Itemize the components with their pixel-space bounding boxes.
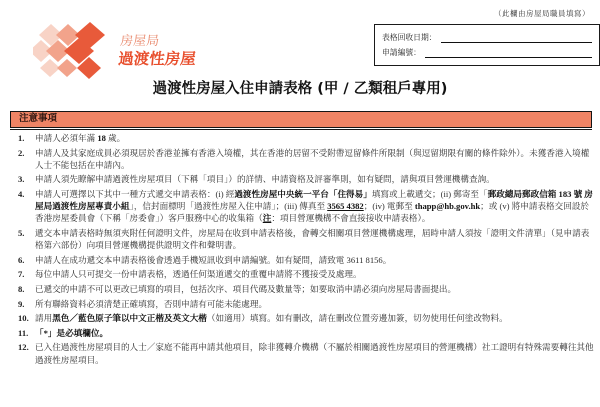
form-return-date-row: 表格回收日期： bbox=[382, 32, 592, 44]
notice-item-number: 7. bbox=[18, 268, 34, 280]
notice-item-text: 遞交本申請表格時無須夾附任何證明文件，房屋局在收到申請表格後，會轉交相關項目營運… bbox=[35, 228, 589, 250]
notice-item-text: 已遞交的申請不可以更改已填寫的項目，包括次序、項目代碼及數量等；如要取消申請必須… bbox=[35, 284, 456, 294]
notice-item-text: 已入住過渡性房屋項目的人士／家庭不能再申請其他項目，除非獲轉介機構（不屬於相關過… bbox=[35, 342, 594, 364]
notice-item: 7.每位申請人只可提交一份申請表格，透過任何渠道遞交的重覆申請將不獲接受及處理。 bbox=[18, 268, 594, 280]
logo-diamonds-icon bbox=[33, 22, 111, 82]
notice-item: 9.所有聯絡資料必須清楚正確填寫，否則申請有可能未能處理。 bbox=[18, 298, 594, 310]
housing-bureau-logo: 房屋局 過渡性房屋 bbox=[33, 22, 197, 82]
notice-item-text: 申請人可選擇以下其中一種方式遞交申請表格：(i) 經過渡性房屋中央統一平台「住得… bbox=[35, 189, 593, 223]
notice-item-text: 申請人在成功遞交本申請表格後會透過手機短訊收到申請編號。如有疑問，請致電 361… bbox=[35, 255, 391, 265]
notice-item: 4.申請人可選擇以下其中一種方式遞交申請表格：(i) 經過渡性房屋中央統一平台「… bbox=[18, 188, 594, 225]
logo-text: 房屋局 過渡性房屋 bbox=[117, 35, 198, 69]
notice-item-number: 12. bbox=[18, 341, 34, 353]
notice-bar-divider bbox=[10, 129, 592, 130]
notice-item-text: 申請人必須年滿 18 歲。 bbox=[35, 133, 125, 143]
notice-section-header: 注意事項 bbox=[10, 111, 592, 128]
notice-item-number: 10. bbox=[18, 312, 34, 324]
notice-item: 1.申請人必須年滿 18 歲。 bbox=[18, 132, 594, 144]
notice-item: 5.遞交本申請表格時無須夾附任何證明文件，房屋局在收到申請表格後，會轉交相關項目… bbox=[18, 227, 594, 251]
notice-item-number: 8. bbox=[18, 283, 34, 295]
notice-item-text: 請用黑色／藍色原子筆以中文正楷及英文大楷（如適用）填寫。如有刪改，請在刪改位置旁… bbox=[35, 313, 508, 323]
notice-item: 8.已遞交的申請不可以更改已填寫的項目，包括次序、項目代碼及數量等；如要取消申請… bbox=[18, 283, 594, 295]
notice-item: 12.已入住過渡性房屋項目的人士／家庭不能再申請其他項目，除非獲轉介機構（不屬於… bbox=[18, 341, 594, 365]
notice-item-text: 申請人須先瞭解申請過渡性房屋項目（下稱「項目」）的詳情、申請資格及評審準則，如有… bbox=[35, 174, 495, 184]
notice-item-number: 11. bbox=[18, 327, 34, 339]
form-title: 過渡性房屋入住申請表格 (甲 / 乙類租戶專用) bbox=[0, 77, 600, 98]
notice-item-number: 5. bbox=[18, 227, 34, 239]
notice-item-number: 2. bbox=[18, 147, 34, 159]
application-number-fill-line bbox=[425, 49, 592, 58]
notice-item-text: 「*」是必填欄位。 bbox=[35, 328, 108, 338]
application-number-label: 申請編號： bbox=[382, 47, 421, 59]
notice-item: 2.申請人及其家庭成員必須現居於香港並擁有香港入境權，其在香港的居留不受附帶逗留… bbox=[18, 147, 594, 171]
notice-item-number: 6. bbox=[18, 254, 34, 266]
notice-item-text: 每位申請人只可提交一份申請表格，透過任何渠道遞交的重覆申請將不獲接受及處理。 bbox=[35, 269, 362, 279]
form-return-date-label: 表格回收日期： bbox=[382, 32, 437, 44]
notice-item-number: 9. bbox=[18, 298, 34, 310]
form-return-date-fill-line bbox=[441, 34, 592, 43]
notice-item-text: 所有聯絡資料必須清楚正確填寫，否則申請有可能未能處理。 bbox=[35, 299, 267, 309]
logo-program-name: 過渡性房屋 bbox=[117, 50, 196, 69]
form-page: { "colors": { "accent_orange": "#e84e2c"… bbox=[0, 0, 600, 407]
notice-item-number: 1. bbox=[18, 132, 34, 144]
notice-item-number: 4. bbox=[18, 188, 34, 200]
office-use-box: 表格回收日期： 申請編號： bbox=[374, 24, 600, 66]
notice-item: 3.申請人須先瞭解申請過渡性房屋項目（下稱「項目」）的詳情、申請資格及評審準則，… bbox=[18, 173, 594, 185]
application-number-row: 申請編號： bbox=[382, 47, 592, 59]
notice-item: 10.請用黑色／藍色原子筆以中文正楷及英文大楷（如適用）填寫。如有刪改，請在刪改… bbox=[18, 312, 594, 324]
notice-item: 11.「*」是必填欄位。 bbox=[18, 327, 594, 339]
notice-list: 1.申請人必須年滿 18 歲。2.申請人及其家庭成員必須現居於香港並擁有香港入境… bbox=[18, 132, 594, 368]
notice-item-number: 3. bbox=[18, 173, 34, 185]
notice-item-text: 申請人及其家庭成員必須現居於香港並擁有香港入境權，其在香港的居留不受附帶逗留條件… bbox=[35, 148, 589, 170]
logo-org-name: 房屋局 bbox=[119, 35, 198, 50]
notice-item: 6.申請人在成功遞交本申請表格後會透過手機短訊收到申請編號。如有疑問，請致電 3… bbox=[18, 254, 594, 266]
staff-only-note: （此欄由房屋局職員填寫） bbox=[494, 8, 590, 19]
